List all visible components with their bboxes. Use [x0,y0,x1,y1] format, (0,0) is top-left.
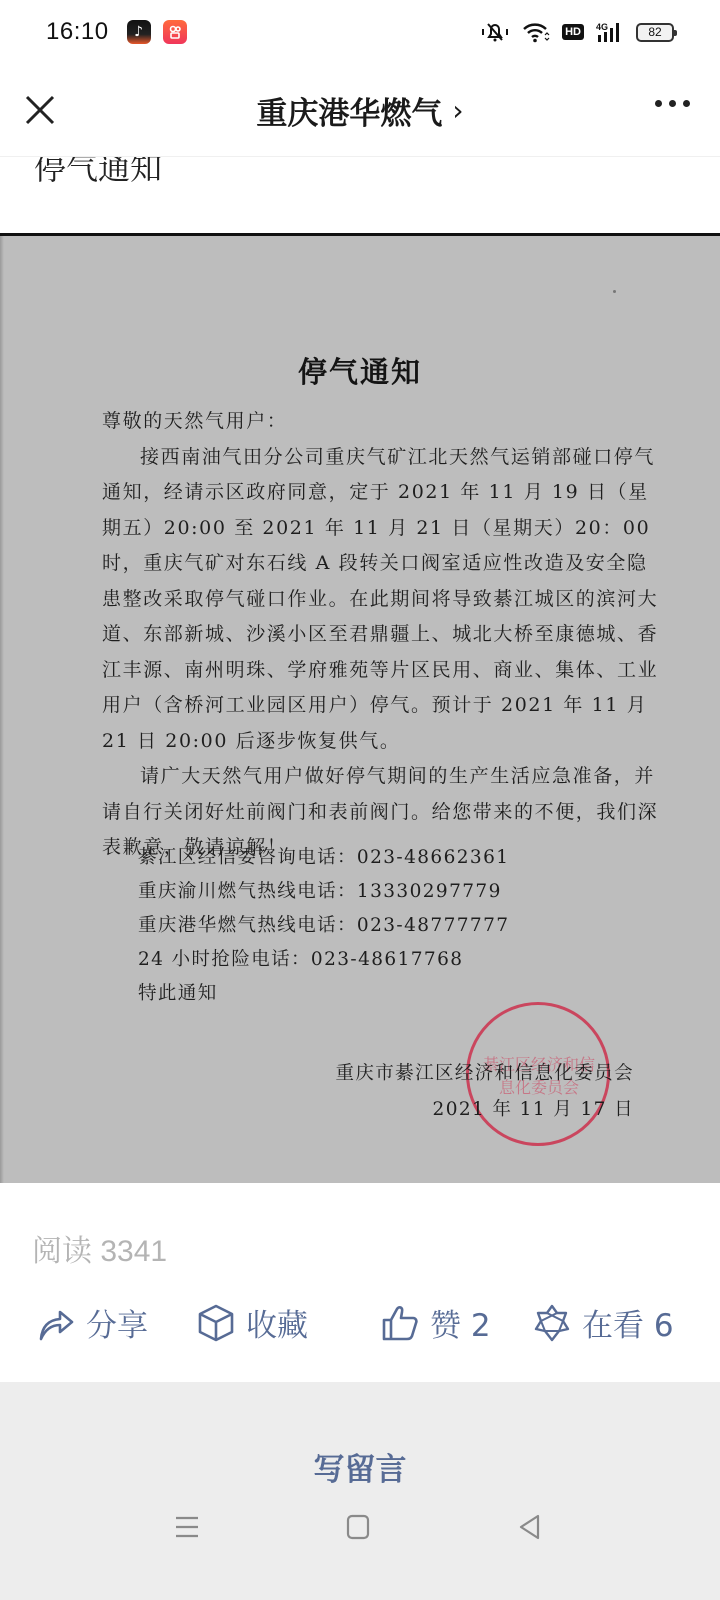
battery-icon: 82 [636,23,674,42]
status-indicators: HD 4G 82 [480,21,674,43]
document-title: 停气通知 [0,350,720,391]
favorite-label: 收藏 [246,1300,308,1345]
status-time: 16:10 [46,18,109,46]
notice-image[interactable]: 停气通知 尊敬的天然气用户： 接西南油气田分公司重庆气矿江北天然气运销部碰口停气… [0,233,720,1183]
document-body: 尊敬的天然气用户： 接西南油气田分公司重庆气矿江北天然气运销部碰口停气通知，经请… [102,404,662,866]
read-count: 阅读 3341 [32,1226,167,1270]
account-name[interactable]: 重庆港华燃气 [256,88,442,133]
scan-speck [613,290,616,293]
home-icon[interactable] [338,1507,378,1547]
like-label: 赞 2 [430,1300,491,1345]
contact-line: 重庆港华燃气热线电话：023-48777777 [138,909,509,943]
more-dot [683,100,690,107]
hd-icon: HD [562,24,584,40]
system-nav-bar [0,1507,720,1557]
contact-line: 綦江区经信委咨询电话：023-48662361 [138,841,509,875]
article-title: 停气通知 [34,156,162,189]
share-label: 分享 [86,1300,148,1345]
contact-line: 重庆渝川燃气热线电话：13330297779 [138,875,509,909]
nav-bar: 重庆港华燃气 › [0,64,720,156]
star-flower-icon [532,1303,572,1343]
thumbs-up-icon [380,1303,420,1343]
cube-icon [196,1303,236,1343]
issue-date: 2021 年 11 月 17 日 [335,1092,634,1128]
wifi-icon [522,21,550,43]
share-icon [36,1303,76,1343]
document-closing: 特此通知 [138,977,509,1011]
contact-line: 24 小时抢险电话：023-48617768 [138,943,509,977]
document-salutation: 尊敬的天然气用户： [102,404,662,440]
like-button[interactable]: 赞 2 [380,1300,491,1345]
kuaishou-icon [163,20,187,44]
article-actions: 分享 收藏 赞 2 在看 6 [0,1300,720,1356]
wow-button[interactable]: 在看 6 [532,1300,674,1345]
svg-text:4G: 4G [596,22,608,32]
comment-area: 写留言 [0,1382,720,1600]
document-signature: 重庆市綦江区经济和信息化委员会 2021 年 11 月 17 日 [335,1056,634,1128]
menu-icon[interactable] [167,1507,207,1547]
account-title-link[interactable]: 重庆港华燃气 › [0,64,720,156]
share-button[interactable]: 分享 [36,1300,148,1345]
close-icon[interactable] [22,92,58,128]
back-icon[interactable] [510,1507,550,1547]
article-header: 停气通知 [0,156,720,234]
chevron-right-icon[interactable]: › [452,94,463,127]
more-icon[interactable] [655,100,690,107]
tiktok-icon: ♪ [127,20,151,44]
document-paragraph: 接西南油气田分公司重庆气矿江北天然气运销部碰口停气通知，经请示区政府同意，定于 … [102,440,662,760]
favorite-button[interactable]: 收藏 [196,1300,308,1345]
4g-signal-icon: 4G [596,21,624,43]
status-bar: 16:10 ♪ HD 4G 82 [0,0,720,64]
vibrate-mute-icon [480,21,510,43]
issuer: 重庆市綦江区经济和信息化委员会 [335,1056,634,1092]
document-contacts: 綦江区经信委咨询电话：023-48662361 重庆渝川燃气热线电话：13330… [138,841,509,1011]
write-comment-button[interactable]: 写留言 [0,1444,720,1489]
more-dot [669,100,676,107]
wow-label: 在看 6 [582,1300,674,1345]
more-dot [655,100,662,107]
